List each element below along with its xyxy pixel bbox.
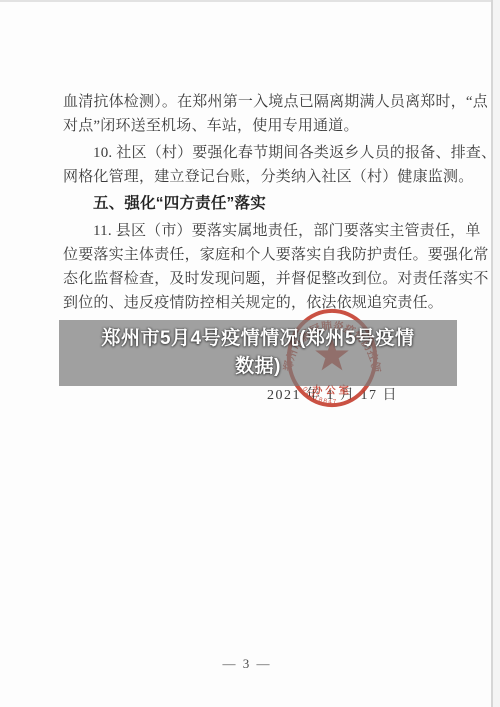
- paragraph: 血清抗体检测）。在郑州第一入境点已隔离期满人员离郑时，“点 对点”闭环送至机场、…: [63, 90, 443, 138]
- text-line: 对点”闭环送至机场、车站，使用专用通道。: [63, 114, 443, 138]
- text-line: 血清抗体检测）。在郑州第一入境点已隔离期满人员离郑时，“点: [63, 90, 443, 114]
- paragraph: 10. 社区（村）要强化春节期间各类返乡人员的报备、排查、 网格化管理，建立登记…: [63, 141, 443, 189]
- scan-right-margin: [493, 0, 500, 707]
- caption-line-2: 数据): [235, 353, 281, 381]
- page-number: — 3 —: [0, 656, 494, 672]
- paragraph: 11. 县区（市）要落实属地责任，部门要落实主管责任，单 位要落实主体责任，家庭…: [63, 219, 443, 315]
- text-line: 10. 社区（村）要强化春节期间各类返乡人员的报备、排查、: [63, 141, 443, 165]
- scan-edge-top: [0, 0, 500, 2]
- heading-line: 五、强化“四方责任”落实: [63, 192, 443, 216]
- scan-edge-right: [491, 0, 493, 707]
- text-line: 11. 县区（市）要落实属地责任，部门要落实主管责任，单: [63, 219, 443, 243]
- text-line: 网格化管理，建立登记台账，分类纳入社区（村）健康监测。: [63, 165, 443, 189]
- caption-line-1: 郑州市5月4号疫情情况(郑州5号疫情: [101, 325, 414, 353]
- caption-banner-overlay: 郑州市5月4号疫情情况(郑州5号疫情 数据): [59, 320, 457, 386]
- section-heading: 五、强化“四方责任”落实: [63, 192, 443, 216]
- scanned-document-page: 血清抗体检测）。在郑州第一入境点已隔离期满人员离郑时，“点 对点”闭环送至机场、…: [0, 0, 500, 707]
- text-line: 位要落实主体责任，家庭和个人要落实自我防护责任。要强化常: [63, 243, 443, 267]
- document-text-block: 血清抗体检测）。在郑州第一入境点已隔离期满人员离郑时，“点 对点”闭环送至机场、…: [63, 90, 443, 315]
- text-line: 态化监督检查，及时发现问题，并督促整改到位。对责任落实不: [63, 267, 443, 291]
